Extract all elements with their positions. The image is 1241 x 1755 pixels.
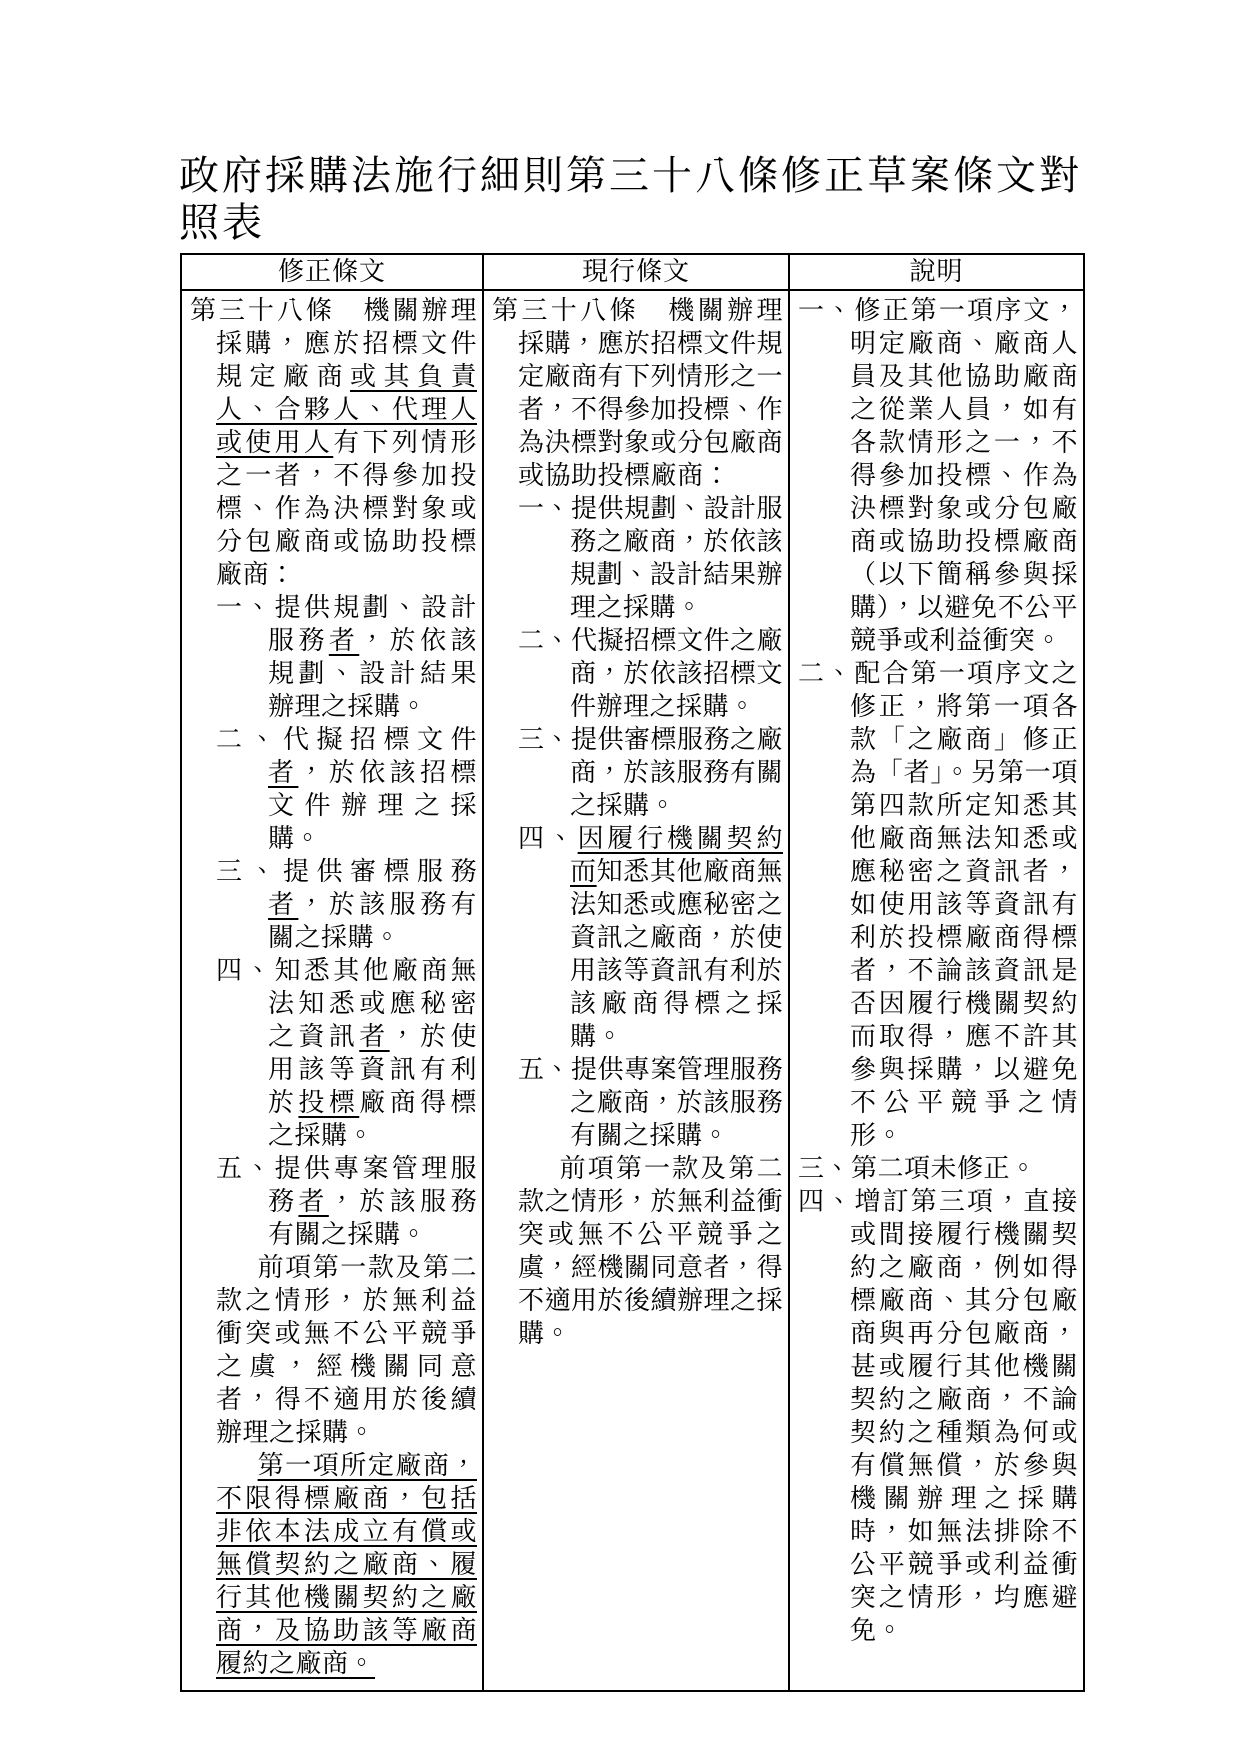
text-segment: 四、增訂第三項，直接或間接履行機關契約之廠商，例如得標廠商、其分包廠商與再分包廠… — [798, 1187, 1078, 1645]
explanation-item-4: 四、增訂第三項，直接或間接履行機關契約之廠商，例如得標廠商、其分包廠商與再分包廠… — [798, 1185, 1078, 1647]
underlined-text-segment: 投標 — [298, 1088, 359, 1117]
current-item-1: 一、提供規劃、設計服務之廠商，於依該規劃、設計結果辦理之採購。 — [492, 492, 783, 624]
explanation-item-1: 一、修正第一項序文，明定廠商、廠商人員及其他協助廠商之從業人員，如有各款情形之一… — [798, 294, 1078, 657]
underlined-text-segment: 者 — [329, 626, 359, 655]
text-segment: 第三十八條 機關辦理採購，應於招標文件規定廠商有下列情形之一者，不得參加投標、作… — [492, 296, 783, 490]
underlined-text-segment: 者 — [268, 758, 298, 787]
text-segment: 二、配合第一項序文之修正，將第一項各款「之廠商」修正為「者」。另第一項第四款所定… — [798, 659, 1078, 1150]
amended-paragraph-2: 前項第一款及第二款之情形，於無利益衝突或無不公平競爭之虞，經機關同意者，得不適用… — [190, 1251, 477, 1449]
text-segment: ，於該服務有關之採購。 — [268, 890, 477, 952]
explanation-item-2: 二、配合第一項序文之修正，將第一項各款「之廠商」修正為「者」。另第一項第四款所定… — [798, 657, 1078, 1152]
current-item-3: 三、提供審標服務之廠商，於該服務有關之採購。 — [492, 723, 783, 822]
text-segment: 四、 — [518, 824, 578, 853]
column-header-explanation: 說明 — [789, 254, 1084, 290]
amended-item-2: 二、代擬招標文件者，於依該招標文件辦理之採購。 — [190, 723, 477, 855]
table-body-row: 第三十八條 機關辦理採購，應於招標文件規定廠商或其負責人、合夥人、代理人或使用人… — [181, 290, 1084, 1691]
explanation-item-3: 三、第二項未修正。 — [798, 1152, 1078, 1185]
comparison-table: 修正條文 現行條文 說明 第三十八條 機關辦理採購，應於招標文件規定廠商或其負責… — [180, 253, 1085, 1692]
text-segment: ，於依該招標文件辦理之採購。 — [268, 758, 477, 853]
text-segment: 五、提供專案管理服務之廠商，於該服務有關之採購。 — [518, 1055, 783, 1150]
text-segment: 知悉其他廠商無法知悉或應秘密之資訊之廠商，於使用該等資訊有利於該廠商得標之採購。 — [570, 857, 783, 1051]
current-item-2: 二、代擬招標文件之廠商，於依該招標文件辦理之採購。 — [492, 624, 783, 723]
table-header-row: 修正條文 現行條文 說明 — [181, 254, 1084, 290]
underlined-text-segment: 第一項所定廠商，不限得標廠商，包括非依本法成立有償或無償契約之廠商、履行其他機關… — [216, 1451, 477, 1678]
document-title: 政府採購法施行細則第三十八條修正草案條文對照表 — [179, 152, 1091, 246]
amended-paragraph-3: 第一項所定廠商，不限得標廠商，包括非依本法成立有償或無償契約之廠商、履行其他機關… — [190, 1449, 477, 1680]
text-segment: 前項第一款及第二款之情形，於無利益衝突或無不公平競爭之虞，經機關同意者，得不適用… — [518, 1154, 783, 1348]
text-segment: 一、提供規劃、設計服務之廠商，於依該規劃、設計結果辦理之採購。 — [518, 494, 783, 622]
amended-item-1: 一、提供規劃、設計服務者，於依該規劃、設計結果辦理之採購。 — [190, 591, 477, 723]
amended-item-4: 四、知悉其他廠商無法知悉或應秘密之資訊者，於使用該等資訊有利於投標廠商得標之採購… — [190, 954, 477, 1152]
amended-article-opening: 第三十八條 機關辦理採購，應於招標文件規定廠商或其負責人、合夥人、代理人或使用人… — [190, 294, 477, 591]
amended-item-3: 三、提供審標服務者，於該服務有關之採購。 — [190, 855, 477, 954]
current-paragraph-2: 前項第一款及第二款之情形，於無利益衝突或無不公平競爭之虞，經機關同意者，得不適用… — [492, 1152, 783, 1350]
underlined-text-segment: 者 — [359, 1022, 389, 1051]
explanation-cell: 一、修正第一項序文，明定廠商、廠商人員及其他協助廠商之從業人員，如有各款情形之一… — [789, 290, 1084, 1691]
text-segment: 三、第二項未修正。 — [798, 1154, 1037, 1183]
text-segment: 二、代擬招標文件之廠商，於依該招標文件辦理之採購。 — [518, 626, 783, 721]
text-segment: 一、修正第一項序文，明定廠商、廠商人員及其他協助廠商之從業人員，如有各款情形之一… — [798, 296, 1078, 655]
current-provisions-cell: 第三十八條 機關辦理採購，應於招標文件規定廠商有下列情形之一者，不得參加投標、作… — [483, 290, 789, 1691]
text-segment: 前項第一款及第二款之情形，於無利益衝突或無不公平競爭之虞，經機關同意者，得不適用… — [216, 1253, 477, 1447]
text-segment: 二、代擬招標文件 — [216, 725, 477, 754]
column-header-amended-provisions: 修正條文 — [181, 254, 483, 290]
current-item-4: 四、因履行機關契約而知悉其他廠商無法知悉或應秘密之資訊之廠商，於使用該等資訊有利… — [492, 822, 783, 1053]
text-segment: 三、提供審標服務之廠商，於該服務有關之採購。 — [518, 725, 783, 820]
column-header-current-provisions: 現行條文 — [483, 254, 789, 290]
amended-provisions-cell: 第三十八條 機關辦理採購，應於招標文件規定廠商或其負責人、合夥人、代理人或使用人… — [181, 290, 483, 1691]
current-item-5: 五、提供專案管理服務之廠商，於該服務有關之採購。 — [492, 1053, 783, 1152]
amended-item-5: 五、提供專案管理服務者，於該服務有關之採購。 — [190, 1152, 477, 1251]
text-segment: 三、提供審標服務 — [216, 857, 477, 886]
underlined-text-segment: 者 — [298, 1187, 328, 1216]
current-article-opening: 第三十八條 機關辦理採購，應於招標文件規定廠商有下列情形之一者，不得參加投標、作… — [492, 294, 783, 492]
underlined-text-segment: 者 — [268, 890, 298, 919]
document-page: 政府採購法施行細則第三十八條修正草案條文對照表 修正條文 現行條文 說明 第三十… — [0, 0, 1241, 1755]
